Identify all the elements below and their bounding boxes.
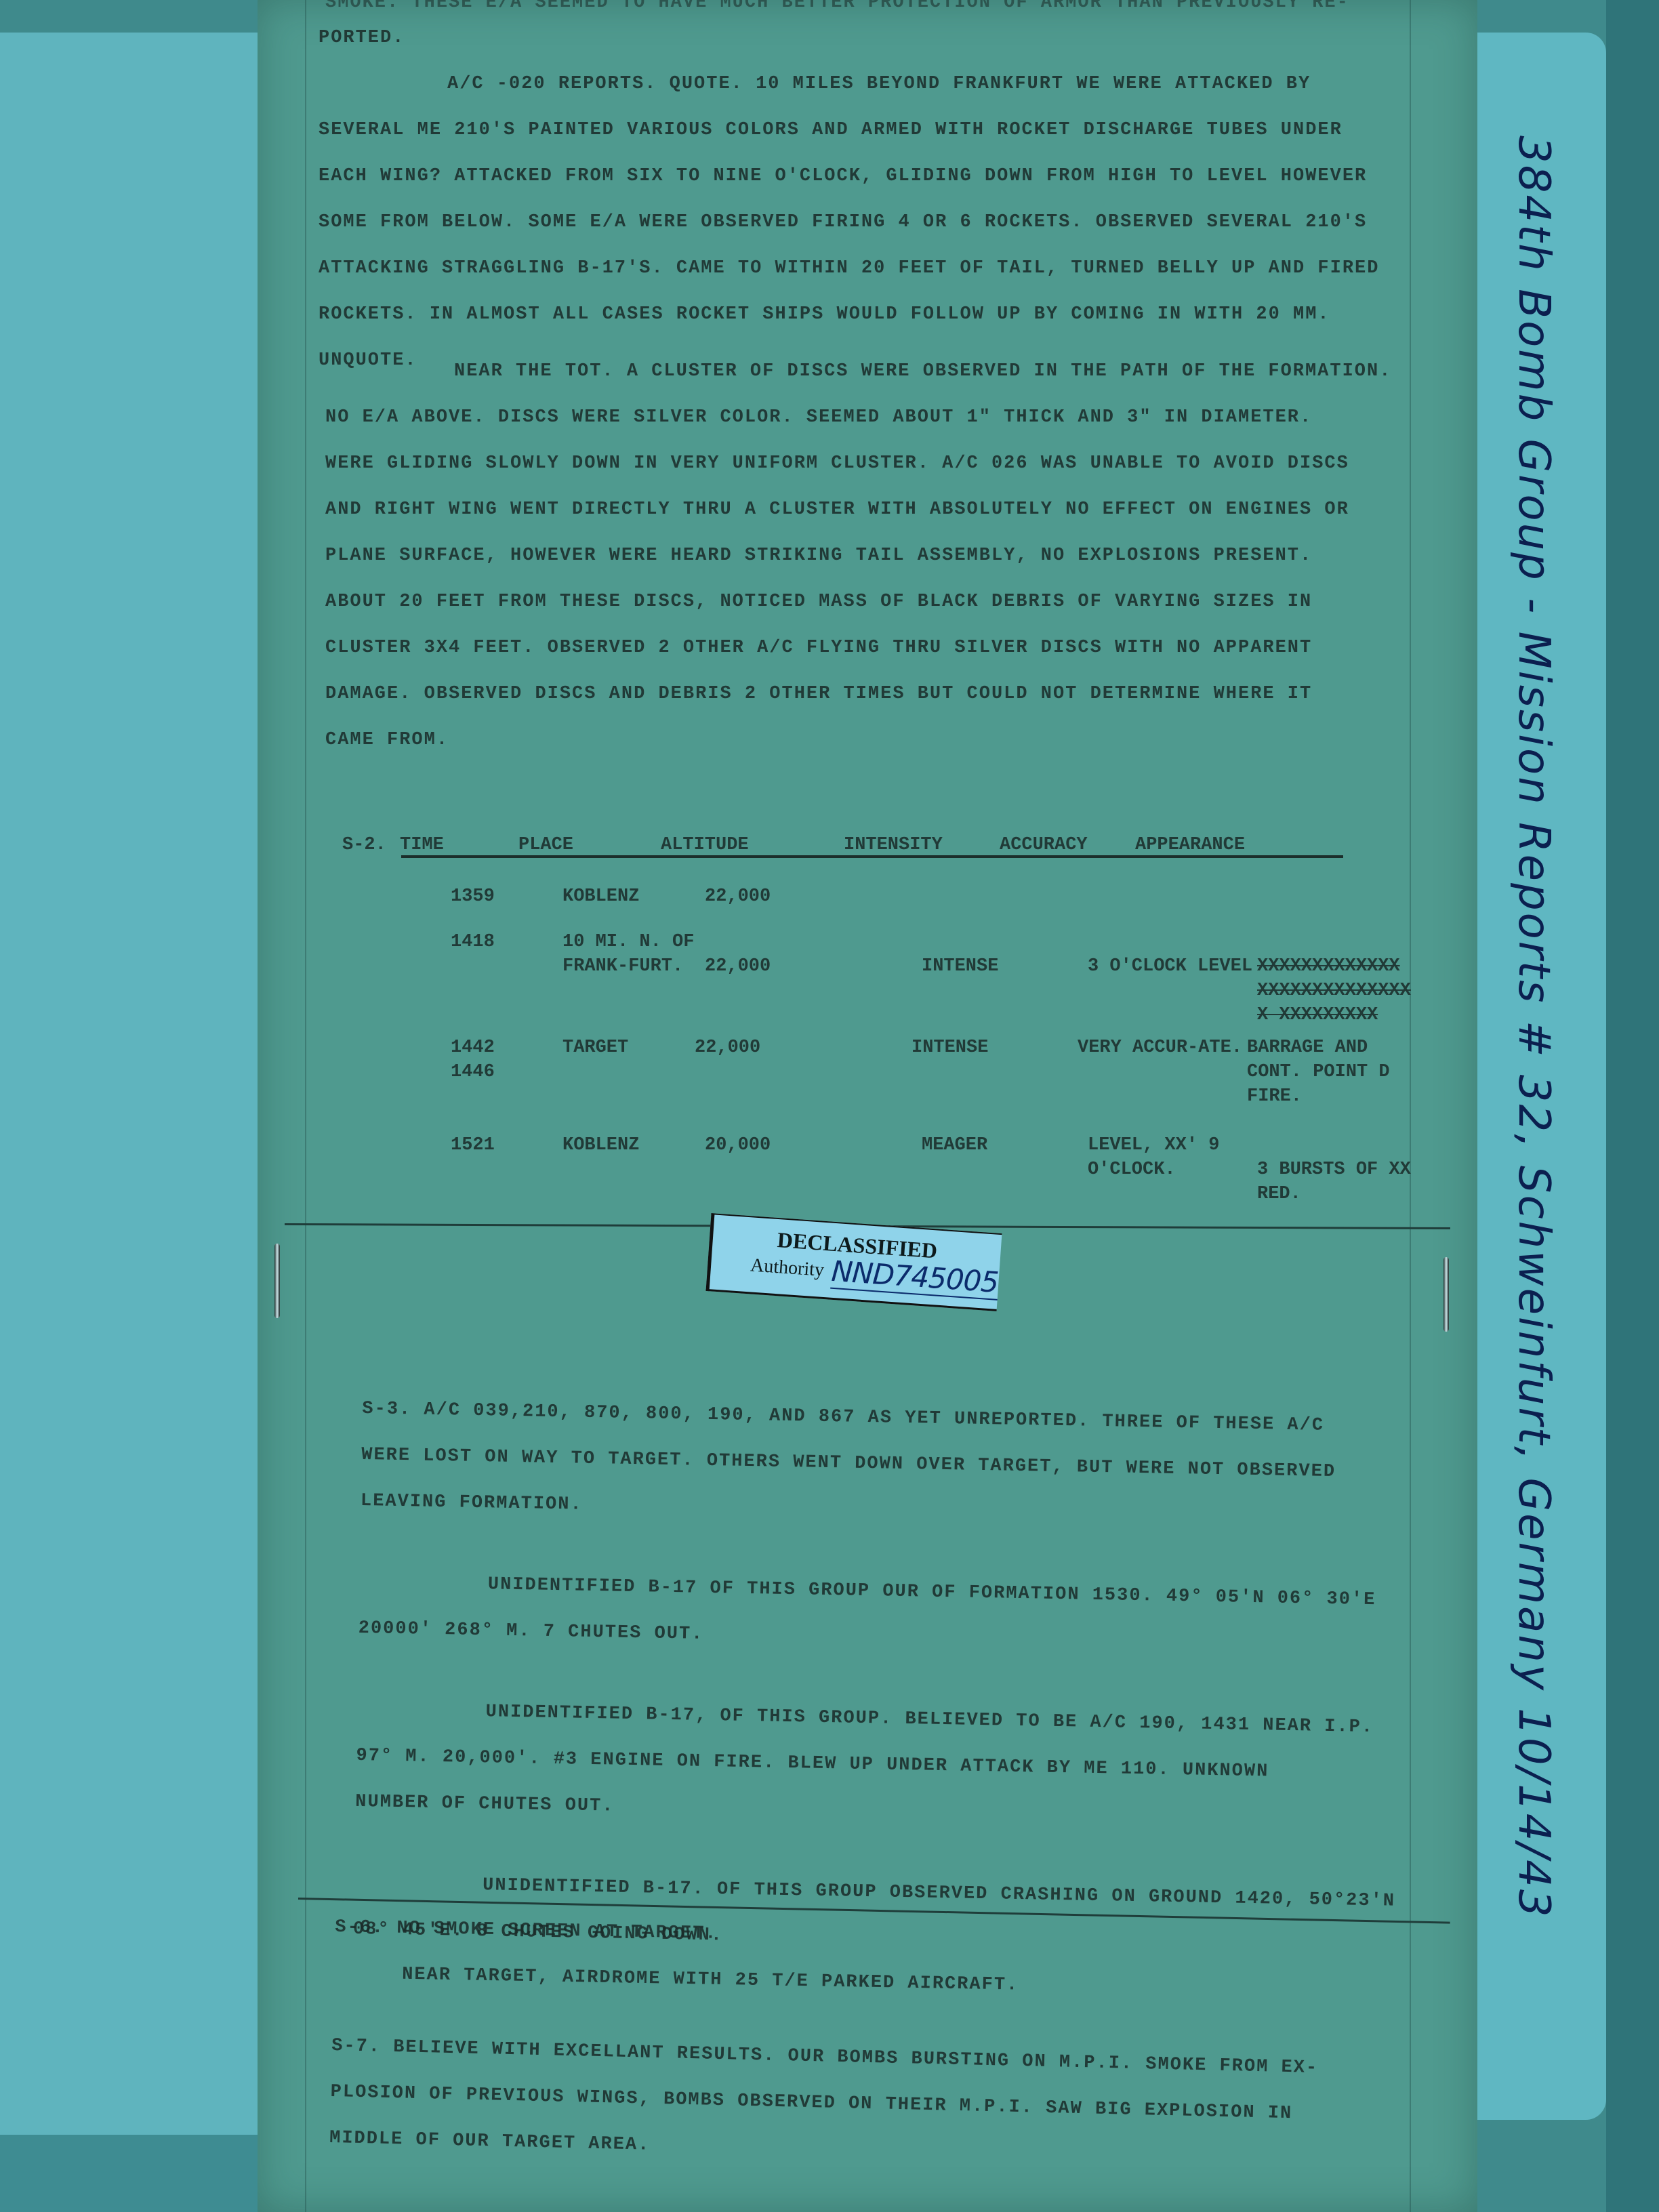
staple — [1443, 1257, 1449, 1332]
background-folder-left — [0, 33, 258, 2212]
text-line: PLANE SURFACE, HOWEVER WERE HEARD STRIKI… — [325, 533, 1396, 579]
section-label: S-2. — [342, 835, 400, 855]
margin-line — [305, 0, 306, 2212]
table-row: 1442 1446 TARGET 22,000 INTENSE VERY ACC… — [451, 1036, 1410, 1109]
cell-place: KOBLENZ — [562, 884, 705, 909]
cell-accuracy: 3 O'CLOCK LEVEL — [1088, 930, 1257, 1027]
column-header: ACCURACY — [1000, 835, 1135, 855]
paragraph-discs: NEAR THE TOT. A CLUSTER OF DISCS WERE OB… — [325, 348, 1396, 763]
cell-accuracy: LEVEL, XX' 9 O'CLOCK. — [1088, 1133, 1257, 1206]
background-right-edge — [1606, 0, 1659, 2212]
staple — [274, 1244, 280, 1318]
handwritten-mission-label: 384th Bomb Group - Mission Reports # 32,… — [1498, 136, 1559, 1491]
text-line: ABOUT 20 FEET FROM THESE DISCS, NOTICED … — [325, 579, 1396, 625]
paragraph-rocket-attack: PORTED. A/C -020 REPORTS. QUOTE. 10 MILE… — [319, 15, 1403, 384]
cell-place: 10 MI. N. OF FRANK-FURT. — [562, 930, 705, 1027]
background-shadow — [0, 2135, 258, 2212]
flak-table-header: S-2. TIME PLACE ALTITUDE INTENSITY ACCUR… — [342, 835, 1338, 855]
text-line: SOME FROM BELOW. SOME E/A WERE OBSERVED … — [319, 199, 1403, 245]
cell-appearance: BARRAGE AND CONT. POINT D FIRE. — [1247, 1036, 1410, 1109]
stamp-authority-value: NND745005 — [830, 1254, 999, 1300]
cell-place: KOBLENZ — [562, 1133, 705, 1206]
text-line: NO E/A ABOVE. DISCS WERE SILVER COLOR. S… — [325, 394, 1396, 441]
table-row: 1418 10 MI. N. OF FRANK-FURT. 22,000 INT… — [451, 930, 1420, 1027]
column-header: TIME — [400, 835, 518, 855]
cell-appearance — [1257, 884, 1433, 909]
stamp-authority-label: Authority — [750, 1254, 825, 1282]
text-line: ATTACKING STRAGGLING B-17'S. CAME TO WIT… — [319, 245, 1403, 291]
text-line: SEVERAL ME 210'S PAINTED VARIOUS COLORS … — [319, 107, 1403, 153]
cell-intensity: MEAGER — [922, 1133, 1088, 1206]
cell-accuracy — [1088, 884, 1257, 909]
cell-time: 1359 — [451, 884, 562, 909]
cell-altitude: 20,000 — [705, 1133, 922, 1206]
cell-place: TARGET — [532, 1036, 695, 1109]
column-header: APPEARANCE — [1135, 835, 1271, 855]
cell-appearance: 3 BURSTS OF XX RED. — [1257, 1133, 1420, 1206]
text-line: WERE GLIDING SLOWLY DOWN IN VERY UNIFORM… — [325, 441, 1396, 487]
cell-altitude: 22,000 — [705, 884, 922, 909]
section-s3: S-3. A/C 039,210, 870, 800, 190, AND 867… — [352, 1386, 1419, 1971]
text-line: EACH WING? ATTACKED FROM SIX TO NINE O'C… — [319, 153, 1403, 199]
text-line: PORTED. — [319, 15, 1403, 61]
text-line: NEAR THE TOT. A CLUSTER OF DISCS WERE OB… — [325, 348, 1396, 394]
cell-accuracy: VERY ACCUR-ATE. — [1078, 1036, 1247, 1109]
cell-altitude: 22,000 — [695, 1036, 912, 1109]
cell-time: 1442 1446 — [451, 1036, 532, 1109]
cell-time: 1521 — [451, 1133, 562, 1206]
column-header: ALTITUDE — [661, 835, 844, 855]
text-line: AND RIGHT WING WENT DIRECTLY THRU A CLUS… — [325, 487, 1396, 533]
section-s6: S-6. NO SMOKE SCREEN AT TARGET. NEAR TAR… — [334, 1904, 1393, 2015]
cell-intensity — [922, 884, 1088, 909]
cell-time: 1418 — [451, 930, 562, 1027]
text-line: CAME FROM. — [325, 717, 1396, 763]
table-header-underline — [401, 855, 1343, 858]
text-line: A/C -020 REPORTS. QUOTE. 10 MILES BEYOND… — [319, 61, 1403, 107]
table-row: 1521 KOBLENZ 20,000 MEAGER LEVEL, XX' 9 … — [451, 1133, 1420, 1206]
cell-intensity: INTENSE — [922, 930, 1088, 1027]
table-row: 1359 KOBLENZ 22,000 — [451, 884, 1433, 909]
column-header: INTENSITY — [844, 835, 1000, 855]
cell-intensity: INTENSE — [912, 1036, 1078, 1109]
text-line: ROCKETS. IN ALMOST ALL CASES ROCKET SHIP… — [319, 291, 1403, 337]
section-s7: S-7. BELIEVE WITH EXCELLANT RESULTS. OUR… — [329, 2023, 1389, 2185]
cell-altitude: 22,000 — [705, 930, 922, 1027]
cell-appearance: XXXXXXXXXXXXX XXXXXXXXXXXXXXX XXXXXXXXX — [1257, 930, 1420, 1027]
column-header: PLACE — [518, 835, 661, 855]
text-line: DAMAGE. OBSERVED DISCS AND DEBRIS 2 OTHE… — [325, 671, 1396, 717]
text-line: CLUSTER 3x4 FEET. OBSERVED 2 OTHER A/C F… — [325, 625, 1396, 671]
